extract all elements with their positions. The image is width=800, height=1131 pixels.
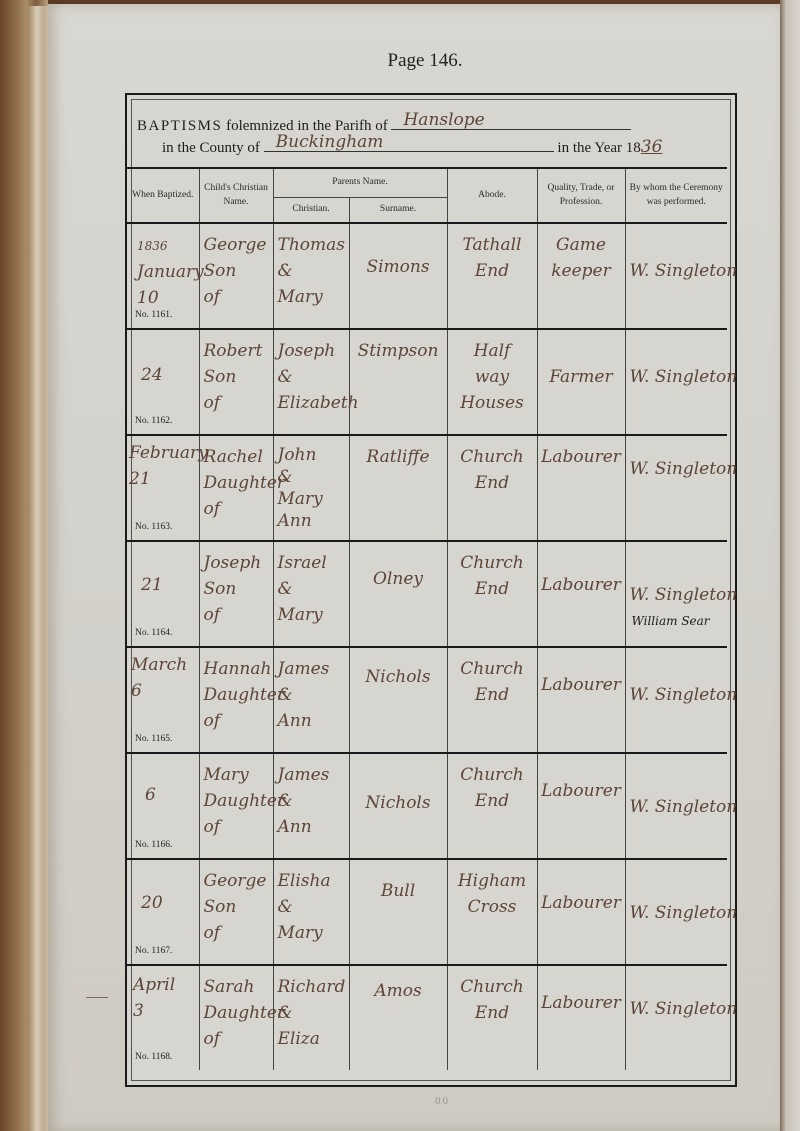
cell-child: Sarah Daughter of [199, 965, 273, 1070]
col-abode: Abode. [447, 168, 537, 223]
county-field: Buckingham [264, 135, 554, 152]
heading-caps: BAPTISMS [137, 118, 222, 134]
entry-surname: Ratliffe [350, 444, 447, 470]
cell-surname: Ratliffe [349, 435, 447, 541]
table-row: 20No. 1167. George Son of Elisha & Mary … [127, 859, 727, 965]
entry-surname: Simons [350, 254, 447, 280]
entry-child: George Son of [204, 868, 267, 946]
cell-child: Joseph Son of [199, 541, 273, 647]
page-number: Page 146. [0, 50, 800, 72]
cell-when: March 6No. 1165. [127, 647, 199, 753]
entry-number: No. 1161. [135, 310, 172, 320]
cell-quality: Game keeper [537, 223, 625, 329]
entry-abode: Church End [448, 762, 537, 814]
cell-parents: James & Ann [273, 647, 349, 753]
entry-quality: Labourer [538, 990, 625, 1016]
entry-number: No. 1162. [135, 416, 172, 426]
cell-child: Robert Son of [199, 329, 273, 435]
cell-child: Rachel Daughter of [199, 435, 273, 541]
col-parents-surname: Surname. [349, 198, 447, 224]
entry-parents: Israel & Mary [278, 550, 327, 628]
officiant-annotation: William Sear [632, 614, 710, 628]
baptism-register-table: When Baptized. Child's Christian Name. P… [127, 167, 727, 1070]
cell-abode: Church End [447, 965, 537, 1070]
entry-abode: Tathall End [448, 232, 537, 284]
entry-officiant: W. Singleton [630, 794, 738, 820]
cell-child: Hannah Daughter of [199, 647, 273, 753]
cell-child: Mary Daughter of [199, 753, 273, 859]
year-prefix: in the Year 18 [557, 140, 640, 156]
entry-abode: Church End [448, 550, 537, 602]
footer-mark: 00 [435, 1095, 450, 1107]
entry-abode: Half way Houses [448, 338, 537, 416]
table-row: 21No. 1164. Joseph Son of Israel & Mary … [127, 541, 727, 647]
entry-surname: Stimpson [350, 338, 447, 364]
cell-parents: James & Ann [273, 753, 349, 859]
entry-date: February 21 [129, 440, 208, 492]
entry-surname: Nichols [350, 790, 447, 816]
entry-date: April 3 [133, 972, 175, 1024]
entry-officiant: W. Singleton [630, 364, 738, 390]
cell-parents: Elisha & Mary [273, 859, 349, 965]
col-quality: Quality, Trade, or Profession. [537, 168, 625, 223]
cell-surname: Nichols [349, 753, 447, 859]
entry-year: 1836 [137, 239, 168, 253]
cell-officiant: W. SingletonWilliam Sear [625, 541, 727, 647]
cell-parents: Israel & Mary [273, 541, 349, 647]
entry-parents: Elisha & Mary [278, 868, 331, 946]
cell-when: 1836 January 10No. 1161. [127, 223, 199, 329]
cell-quality: Labourer [537, 541, 625, 647]
cell-quality: Labourer [537, 753, 625, 859]
table-row: April 3No. 1168. Sarah Daughter of Richa… [127, 965, 727, 1070]
cell-abode: Church End [447, 435, 537, 541]
entry-quality: Labourer [538, 890, 625, 916]
heading-line-county: in the County of Buckingham in the Year … [162, 135, 662, 157]
parish-value: Hanslope [403, 110, 484, 130]
entry-number: No. 1167. [135, 946, 172, 956]
entry-officiant: W. Singleton [630, 996, 738, 1022]
table-row: March 6No. 1165. Hannah Daughter of Jame… [127, 647, 727, 753]
table-row: 1836 January 10No. 1161. George Son of T… [127, 223, 727, 329]
cell-surname: Olney [349, 541, 447, 647]
col-officiant: By whom the Ceremony was performed. [625, 168, 727, 223]
table-row: 6No. 1166. Mary Daughter of James & Ann … [127, 753, 727, 859]
cell-abode: Church End [447, 541, 537, 647]
register-heading: BAPTISMS folemnized in the Parifh of Han… [127, 95, 735, 165]
entry-date: 21 [141, 572, 163, 598]
table-row: February 21No. 1163. Rachel Daughter of … [127, 435, 727, 541]
cell-quality: Labourer [537, 965, 625, 1070]
entry-abode: Church End [448, 974, 537, 1026]
entry-parents: Thomas & Mary [278, 232, 346, 310]
entry-date: 20 [141, 890, 163, 916]
cell-parents: John & Mary Ann [273, 435, 349, 541]
year-value: 36 [641, 137, 663, 157]
col-child-name: Child's Christian Name. [199, 168, 273, 223]
cell-officiant: W. Singleton [625, 859, 727, 965]
cell-quality: Labourer [537, 435, 625, 541]
cell-surname: Bull [349, 859, 447, 965]
cell-officiant: W. Singleton [625, 647, 727, 753]
entry-quality: Labourer [538, 778, 625, 804]
entry-child: Robert Son of [204, 338, 263, 416]
cell-abode: Church End [447, 753, 537, 859]
cell-child: George Son of [199, 223, 273, 329]
margin-mark [86, 997, 108, 998]
cell-quality: Labourer [537, 647, 625, 753]
entry-officiant: W. Singleton [630, 900, 738, 926]
heading-line-parish: BAPTISMS folemnized in the Parifh of Han… [137, 113, 631, 135]
cell-abode: Half way Houses [447, 329, 537, 435]
cell-officiant: W. Singleton [625, 435, 727, 541]
cell-parents: Richard & Eliza [273, 965, 349, 1070]
register-frame: BAPTISMS folemnized in the Parifh of Han… [125, 93, 737, 1087]
entry-child: George Son of [204, 232, 267, 310]
entry-date: January 10 [137, 262, 204, 308]
cell-quality: Labourer [537, 859, 625, 965]
cell-child: George Son of [199, 859, 273, 965]
entry-child: Joseph Son of [204, 550, 262, 628]
entry-quality: Labourer [538, 444, 625, 470]
entry-surname: Amos [350, 978, 447, 1004]
table-row: 24No. 1162. Robert Son of Joseph & Eliza… [127, 329, 727, 435]
cell-abode: Higham Cross [447, 859, 537, 965]
cell-surname: Simons [349, 223, 447, 329]
cell-quality: Farmer [537, 329, 625, 435]
header-row: When Baptized. Child's Christian Name. P… [127, 168, 727, 198]
entry-parents: James & Ann [278, 656, 330, 734]
cell-when: 24No. 1162. [127, 329, 199, 435]
parish-field: Hanslope [391, 113, 631, 130]
entry-number: No. 1165. [135, 734, 172, 744]
entry-date: March 6 [131, 652, 187, 704]
cell-abode: Tathall End [447, 223, 537, 329]
entry-parents: Joseph & Elizabeth [278, 338, 359, 416]
cell-when: April 3No. 1168. [127, 965, 199, 1070]
cell-parents: Joseph & Elizabeth [273, 329, 349, 435]
col-parents-christian: Christian. [273, 198, 349, 224]
entry-parents: Richard & Eliza [278, 974, 346, 1052]
cell-officiant: W. Singleton [625, 753, 727, 859]
cell-abode: Church End [447, 647, 537, 753]
entry-officiant: W. Singleton [630, 582, 738, 608]
cell-officiant: W. Singleton [625, 223, 727, 329]
cell-when: 21No. 1164. [127, 541, 199, 647]
county-prefix: in the County of [162, 140, 260, 156]
entry-parents: James & Ann [278, 762, 330, 840]
entry-officiant: W. Singleton [630, 456, 738, 482]
entry-officiant: W. Singleton [630, 258, 738, 284]
col-when-baptized: When Baptized. [127, 168, 199, 223]
cell-parents: Thomas & Mary [273, 223, 349, 329]
entry-abode: Higham Cross [448, 868, 537, 920]
entry-quality: Labourer [538, 572, 625, 598]
cell-when: 20No. 1167. [127, 859, 199, 965]
entry-parents: John & Mary Ann [278, 444, 323, 532]
entry-surname: Nichols [350, 664, 447, 690]
entry-abode: Church End [448, 444, 537, 496]
entry-number: No. 1163. [135, 522, 172, 532]
cell-officiant: W. Singleton [625, 329, 727, 435]
entry-number: No. 1166. [135, 840, 172, 850]
entry-date: 6 [145, 782, 156, 808]
entry-quality: Farmer [538, 364, 625, 390]
cell-surname: Nichols [349, 647, 447, 753]
cell-surname: Stimpson [349, 329, 447, 435]
entry-number: No. 1168. [135, 1052, 172, 1062]
entry-quality: Labourer [538, 672, 625, 698]
col-parents-name: Parents Name. [273, 168, 447, 198]
county-value: Buckingham [276, 132, 384, 152]
cell-when: 6No. 1166. [127, 753, 199, 859]
cell-officiant: W. Singleton [625, 965, 727, 1070]
entry-surname: Olney [350, 566, 447, 592]
entry-abode: Church End [448, 656, 537, 708]
facing-page-edge [780, 0, 800, 1131]
entry-officiant: W. Singleton [630, 682, 738, 708]
cell-surname: Amos [349, 965, 447, 1070]
cell-when: February 21No. 1163. [127, 435, 199, 541]
entry-number: No. 1164. [135, 628, 172, 638]
page-edges [28, 6, 50, 1131]
entry-quality: Game keeper [538, 232, 625, 284]
entry-surname: Bull [350, 878, 447, 904]
entry-date: 24 [141, 362, 163, 388]
